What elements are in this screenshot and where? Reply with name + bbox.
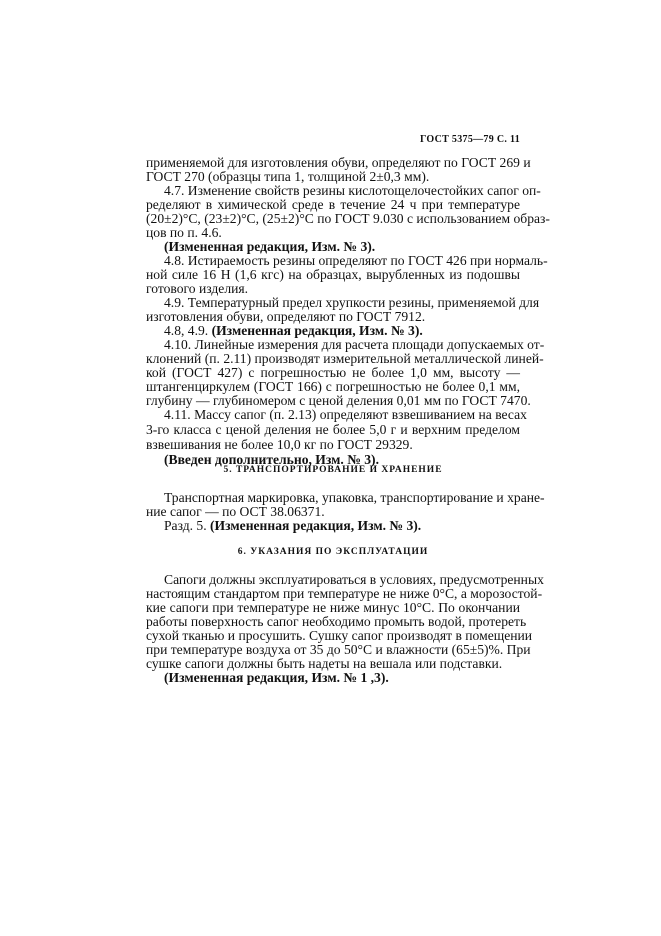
text-line: глубину — глубиномером с ценой деления 0… [146,394,520,408]
note-prefix: Разд. 5. [164,518,210,533]
text-line: 4.9. Температурный предел хрупкости рези… [146,296,520,310]
amendment-note-razd5: Разд. 5. (Измененная редакция, Изм. № 3)… [146,519,520,533]
text-line: сухой тканью и просушить. Сушку сапог пр… [146,629,520,643]
text-line: Транспортная маркировка, упаковка, транс… [146,491,520,505]
text-line: 4.8. Истираемость резины определяют по Г… [146,254,520,268]
note-bold: (Измененная редакция, Изм. № 3). [212,323,423,338]
text-line: 4.11. Массу сапог (п. 2.13) определяют в… [146,408,520,422]
text-line: 4.7. Изменение свойств резины кислотощел… [146,184,520,198]
text-line: ределяют в химической среде в течение 24… [146,198,520,212]
text-line: готового изделия. [146,282,520,296]
text-line: (Измененная редакция, Изм. № 3). [146,240,520,254]
text-line: ной силе 16 Н (1,6 кгс) на образцах, выр… [146,268,520,282]
section-6-title: 6. УКАЗАНИЯ ПО ЭКСПЛУАТАЦИИ [146,547,520,557]
text-line: штангенциркулем (ГОСТ 166) с погрешность… [146,380,520,394]
note-prefix: 4.8, 4.9. [164,323,212,338]
text-line: 3-го класса с ценой деления не более 5,0… [146,423,520,437]
text-line: ГОСТ 270 (образцы типа 1, толщиной 2±0,3… [146,170,520,184]
text-line: ние сапог — по ОСТ 38.06371. [146,505,520,519]
text-line: кой (ГОСТ 427) с погрешностью не более 1… [146,366,520,380]
text-line: (Измененная редакция, Изм. № 1 ,3). [146,671,520,685]
text-line: взвешивания не более 10,0 кг по ГОСТ 293… [146,438,520,452]
text-line: кие сапоги при температуре не ниже минус… [146,601,520,615]
text-line: цов по п. 4.6. [146,226,520,240]
text-line: сушке сапоги должны быть надеты на вешал… [146,657,520,671]
page-header: ГОСТ 5375—79 С. 11 [146,134,520,145]
note-bold: (Измененная редакция, Изм. № 3). [210,518,421,533]
text-line: изготовления обуви, определяют по ГОСТ 7… [146,310,520,324]
section-5-title: 5. ТРАНСПОРТИРОВАНИЕ И ХРАНЕНИЕ [146,465,520,475]
text-line: применяемой для изготовления обуви, опре… [146,156,520,170]
text-line: клонений (п. 2.11) производят измеритель… [146,352,520,366]
text-line: 4.10. Линейные измерения для расчета пло… [146,338,520,352]
text-line: настоящим стандартом при температуре не … [146,587,520,601]
text-line: Сапоги должны эксплуатироваться в услови… [146,573,520,587]
text-line: (20±2)°С, (23±2)°С, (25±2)°С по ГОСТ 9.0… [146,212,520,226]
text-line: работы поверхность сапог необходимо пром… [146,615,520,629]
text-line: при температуре воздуха от 35 до 50°С и … [146,643,520,657]
amendment-note-4-8-4-9: 4.8, 4.9. (Измененная редакция, Изм. № 3… [146,324,520,338]
